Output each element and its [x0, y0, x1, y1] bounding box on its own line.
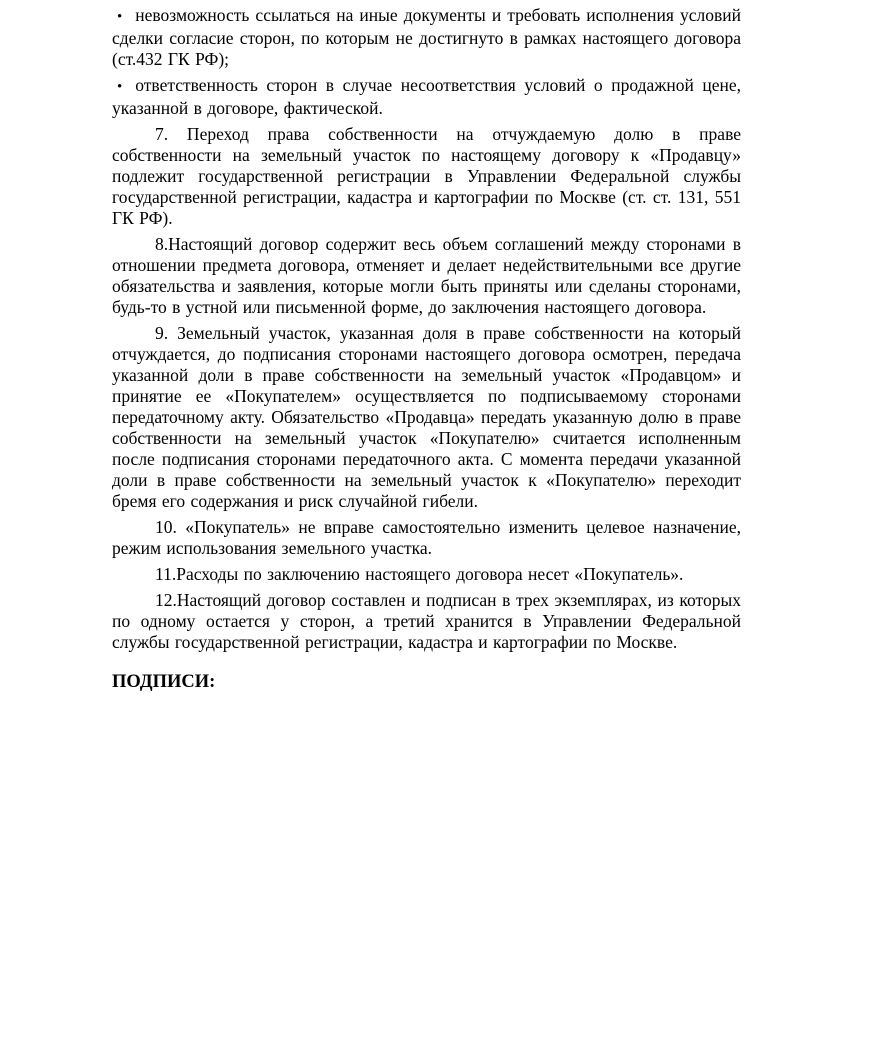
bullet-icon: •	[117, 79, 135, 95]
contract-clause-7: 7. Переход права собственности на отчужд…	[112, 124, 741, 229]
contract-document-page: •невозможность ссылаться на иные докумен…	[0, 0, 870, 1052]
contract-clause-8: 8.Настоящий договор содержит весь объем …	[112, 234, 741, 318]
contract-bullet-item: •ответственность сторон в случае несоотв…	[112, 75, 741, 119]
signatures-heading: ПОДПИСИ:	[112, 671, 741, 693]
contract-bullet-item: •невозможность ссылаться на иные докумен…	[112, 5, 741, 70]
bullet-text: невозможность ссылаться на иные документ…	[112, 5, 741, 69]
bullet-icon: •	[117, 9, 135, 25]
contract-clause-11: 11.Расходы по заключению настоящего дого…	[112, 564, 741, 585]
contract-clause-9: 9. Земельный участок, указанная доля в п…	[112, 323, 741, 512]
contract-clause-10: 10. «Покупатель» не вправе самостоятельн…	[112, 517, 741, 559]
bullet-text: ответственность сторон в случае несоотве…	[112, 75, 741, 118]
contract-clause-12: 12.Настоящий договор составлен и подписа…	[112, 590, 741, 653]
